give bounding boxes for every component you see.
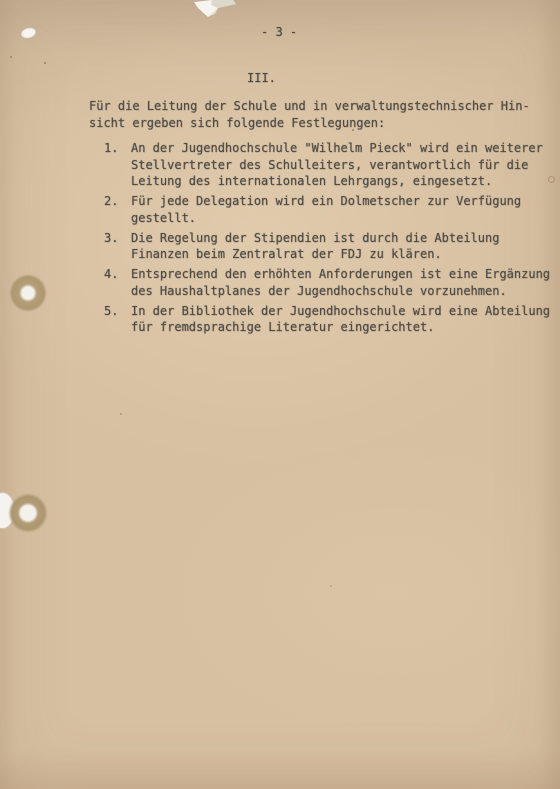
paper-speckle [120,413,122,415]
item-text: In der Bibliothek der Jugendhochschule w… [131,303,550,336]
list-item: 1. An der Jugendhochschule "Wilhelm Piec… [104,140,550,190]
paper-speckle [44,62,46,64]
list-item: 5. In der Bibliothek der Jugendhochschul… [104,303,550,336]
item-number: 3. [104,230,131,263]
item-number: 4. [104,266,131,299]
section-heading: III. [247,70,276,87]
punch-hole-bottom-icon [8,493,48,533]
paper-tear-top-icon [188,0,240,20]
item-number: 5. [104,303,131,336]
numbered-list: 1. An der Jugendhochschule "Wilhelm Piec… [104,140,550,339]
item-text: Die Regelung der Stipendien ist durch di… [131,230,550,263]
paper-speckle [10,56,12,58]
list-item: 4. Entsprechend den erhöhten Anforderung… [104,266,550,299]
item-text: Entsprechend den erhöhten Anforderungen … [131,266,550,299]
item-text: An der Jugendhochschule "Wilhelm Pieck" … [131,140,550,190]
intro-paragraph: Für die Leitung der Schule und in verwal… [89,98,530,131]
item-number: 2. [104,193,131,226]
paper-speckle [330,585,332,587]
list-item: 2. Für jede Delegation wird ein Dolmetsc… [104,193,550,226]
item-number: 1. [104,140,131,190]
punch-hole-top-icon [9,274,47,312]
page-number: - 3 - [261,24,297,41]
paper-tear-small-icon [20,26,37,39]
item-text: Für jede Delegation wird ein Dolmetscher… [131,193,550,226]
list-item: 3. Die Regelung der Stipendien ist durch… [104,230,550,263]
document-page: - 3 - III. Für die Leitung der Schule un… [0,0,560,789]
